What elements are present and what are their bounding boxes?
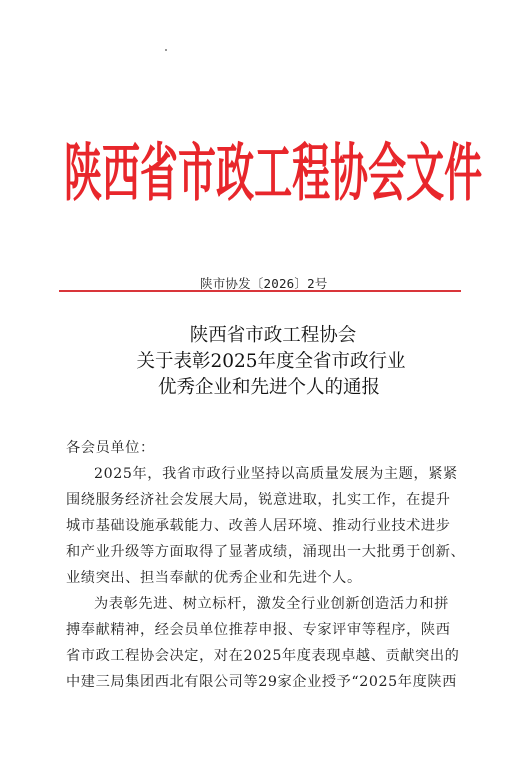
paragraph-line: 城市基础设施承载能力、改善人居环境、推动行业技术进步 [66,513,461,539]
paragraph-line: 为表彰先进、树立标杆，激发全行业创新创造活力和拼 [66,591,461,617]
header-char: 协 [330,140,368,206]
title-line-1: 陕西省市政工程协会 [12,321,522,347]
header-char: 陕 [64,140,102,206]
body-paragraph-1: 2025年，我省市政行业坚持以高质量发展为主题，紧紧 围绕服务经济社会发展大局，… [66,461,461,591]
header-char: 政 [216,140,254,206]
document-page: 陕 西 省 市 政 工 程 协 会 文 件 陕市协发〔2026〕2号 陕西省市政… [0,0,522,758]
header-char: 文 [406,140,444,206]
salutation: 各会员单位： [66,435,461,461]
paragraph-line: 业绩突出、担当奉献的优秀企业和先进个人。 [66,565,461,591]
header-char: 程 [292,140,330,206]
header-char: 会 [368,140,406,206]
header-char: 市 [178,140,216,206]
body-paragraph-2: 为表彰先进、树立标杆，激发全行业创新创造活力和拼 搏奉献精神，经会员单位推荐申报… [66,591,461,695]
scan-speck [165,49,167,51]
header-char: 西 [102,140,140,206]
document-header-banner: 陕 西 省 市 政 工 程 协 会 文 件 [64,137,456,209]
header-char: 件 [444,140,482,206]
header-char: 工 [254,140,292,206]
paragraph-line: 中建三局集团西北有限公司等29家企业授予“2025年度陕西 [66,669,461,695]
paragraph-line: 2025年，我省市政行业坚持以高质量发展为主题，紧紧 [66,461,461,487]
header-char: 省 [140,140,178,206]
paragraph-line: 搏奉献精神，经会员单位推荐申报、专家评审等程序，陕西 [66,617,461,643]
paragraph-line: 省市政工程协会决定，对在2025年度表现卓越、贡献突出的 [66,643,461,669]
paragraph-line: 围绕服务经济社会发展大局，锐意进取，扎实工作，在提升 [66,487,461,513]
red-divider-line [59,290,461,292]
title-line-3: 优秀企业和先进个人的通报 [8,373,522,399]
paragraph-line: 和产业升级等方面取得了显著成绩，涌现出一大批勇于创新、 [66,539,461,565]
title-line-2: 关于表彰2025年度全省市政行业 [10,347,522,373]
